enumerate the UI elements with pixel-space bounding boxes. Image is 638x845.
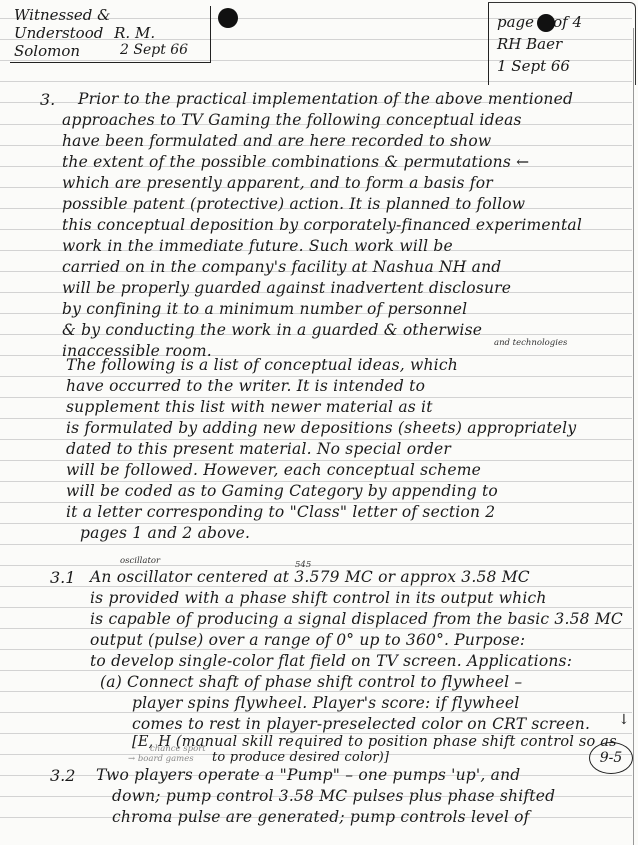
page-info-box: page 1 of 4 RH Baer 1 Sept 66 bbox=[488, 2, 636, 85]
text-line: the extent of the possible combinations … bbox=[62, 153, 529, 171]
punch-hole-top bbox=[218, 8, 238, 28]
text-line: carried on in the company's facility at … bbox=[62, 258, 501, 276]
page-date: 1 Sept 66 bbox=[497, 57, 570, 75]
text-line: will be properly guarded against inadver… bbox=[62, 279, 511, 297]
text-line: will be followed. However, each conceptu… bbox=[66, 461, 481, 479]
text-line: supplement this list with newer material… bbox=[66, 398, 433, 416]
text-line: by confining it to a minimum number of p… bbox=[62, 300, 467, 318]
punch-hole-page-box bbox=[537, 14, 555, 32]
text-line: is formulated by adding new depositions … bbox=[66, 419, 576, 437]
text-line: pages 1 and 2 above. bbox=[80, 524, 250, 542]
text-line: work in the immediate future. Such work … bbox=[62, 237, 453, 255]
document-page: Witnessed & Understood R. M. Solomon 2 S… bbox=[0, 0, 638, 845]
text-line: Two players operate a "Pump" – one pumps… bbox=[96, 766, 520, 784]
text-line: will be coded as to Gaming Category by a… bbox=[66, 482, 498, 500]
text-line: player spins flywheel. Player's score: i… bbox=[132, 694, 519, 712]
text-line: The following is a list of conceptual id… bbox=[66, 356, 458, 374]
down-arrow-icon: ↓ bbox=[618, 712, 630, 728]
text-line: output (pulse) over a range of 0° up to … bbox=[90, 631, 525, 649]
text-line: have occurred to the writer. It is inten… bbox=[66, 377, 425, 395]
text-line: it a letter corresponding to "Class" let… bbox=[66, 503, 495, 521]
text-line: possible patent (protective) action. It … bbox=[62, 195, 525, 213]
item-number: 3.2 bbox=[50, 766, 75, 785]
text-line: Prior to the practical implementation of… bbox=[78, 90, 573, 108]
text-line: & by conducting the work in a guarded & … bbox=[62, 321, 482, 339]
text-line: An oscillator centered at 3.579 MC or ap… bbox=[90, 568, 530, 586]
insertion-oscillator: oscillator bbox=[120, 556, 160, 566]
text-line: chroma pulse are generated; pump control… bbox=[112, 808, 530, 826]
text-line: to develop single-color flat field on TV… bbox=[90, 652, 572, 670]
text-line: this conceptual deposition by corporatel… bbox=[62, 216, 582, 234]
text-line: to produce desired color)] bbox=[212, 749, 389, 767]
text-line: (a) Connect shaft of phase shift control… bbox=[100, 673, 522, 691]
witness-signature-box: Witnessed & Understood R. M. Solomon 2 S… bbox=[10, 6, 211, 63]
text-line: is capable of producing a signal displac… bbox=[90, 610, 623, 628]
text-line: down; pump control 3.58 MC pulses plus p… bbox=[112, 787, 555, 805]
witness-date: 2 Sept 66 bbox=[120, 42, 188, 58]
item-number: 3.1 bbox=[50, 568, 75, 587]
text-line: have been formulated and are here record… bbox=[62, 132, 491, 150]
text-line: dated to this present material. No speci… bbox=[66, 440, 451, 458]
witness-label: Witnessed & bbox=[14, 6, 111, 24]
author-signature: RH Baer bbox=[497, 35, 562, 53]
text-line: is provided with a phase shift control i… bbox=[90, 589, 547, 607]
circled-code: 9-5 bbox=[589, 742, 633, 774]
margin-note: chance sport bbox=[150, 744, 206, 754]
page-edge bbox=[633, 28, 634, 845]
text-line: comes to rest in player-preselected colo… bbox=[132, 715, 590, 733]
section-number: 3. bbox=[40, 90, 55, 109]
margin-note: → board games bbox=[128, 754, 194, 764]
text-line: which are presently apparent, and to for… bbox=[62, 174, 493, 192]
insertion-note: and technologies bbox=[494, 338, 567, 348]
text-line: approaches to TV Gaming the following co… bbox=[62, 111, 522, 129]
